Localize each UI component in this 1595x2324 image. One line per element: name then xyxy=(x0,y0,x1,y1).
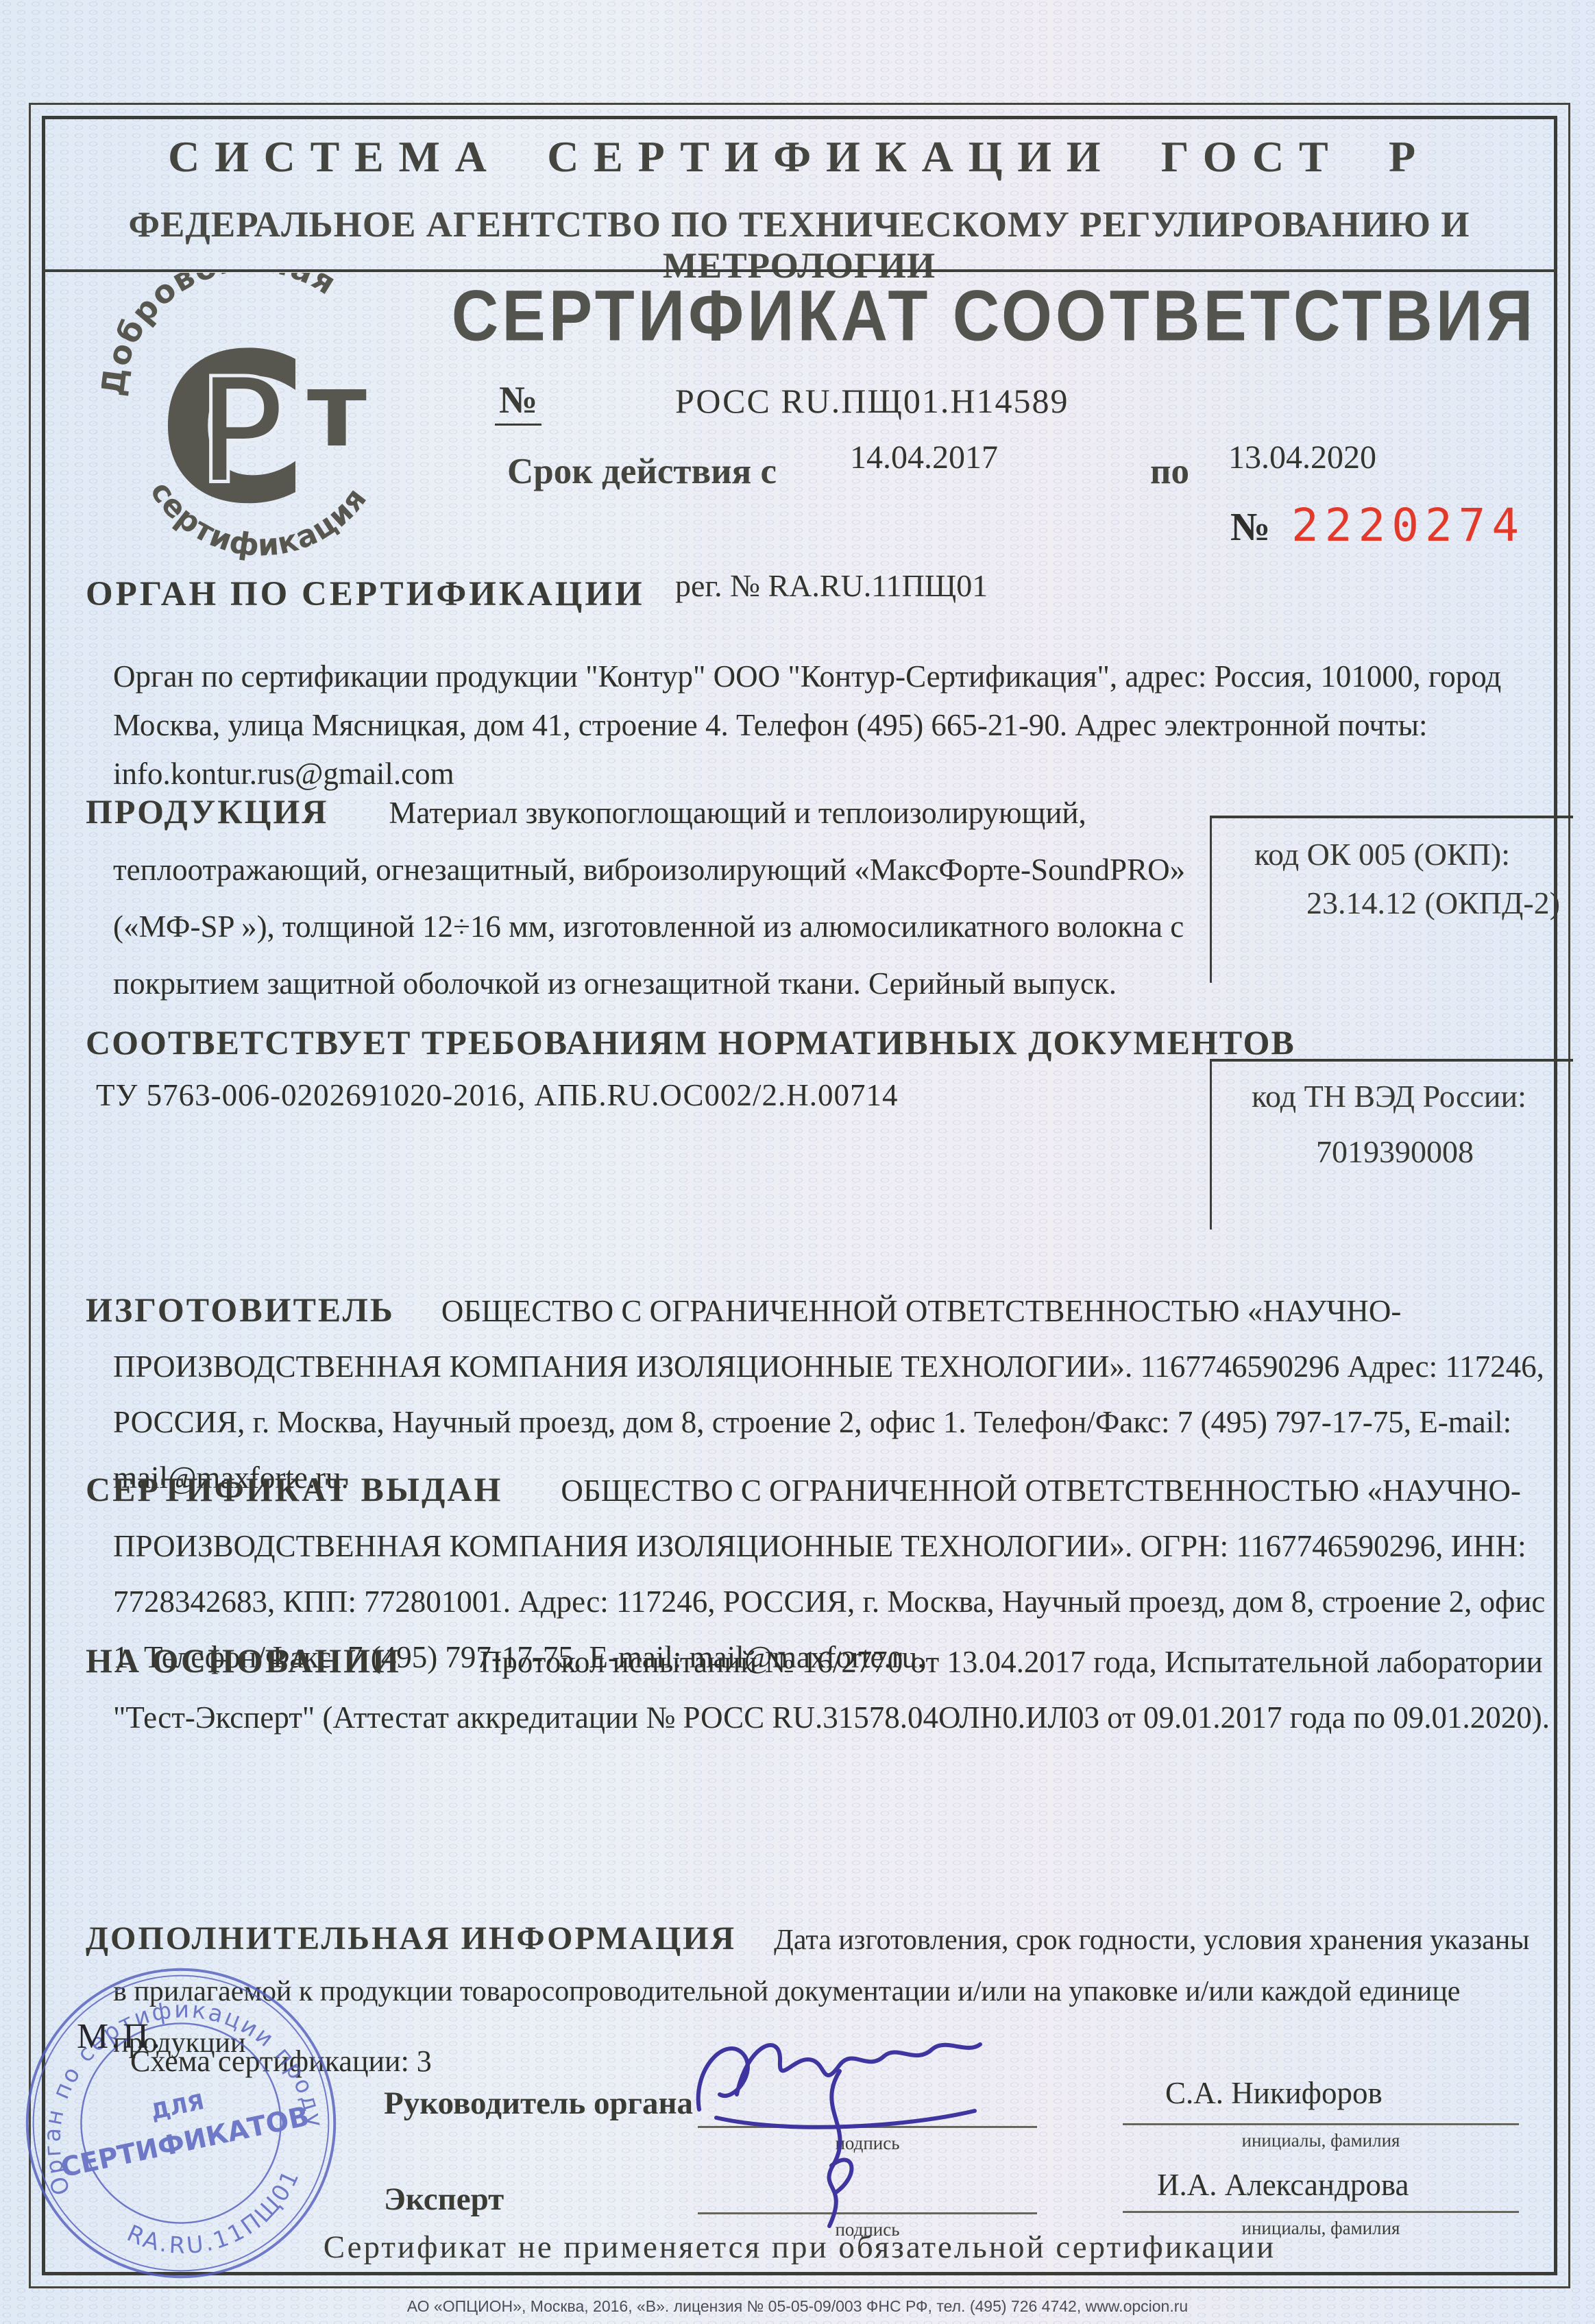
rst-logo-icon: Добровольная сертификация С Р т xyxy=(101,273,411,567)
compliance-label: СООТВЕТСТВУЕТ ТРЕБОВАНИЯМ НОРМАТИВНЫХ ДО… xyxy=(86,1023,1295,1062)
validity-to-date: 13.04.2020 xyxy=(1228,439,1376,476)
expert-name: И.А. Александрова xyxy=(1157,2167,1409,2203)
basis-section: НА ОСНОВАНИИПротокол испытаний № 16/2770… xyxy=(86,1637,1554,1749)
additional-info-label: ДОПОЛНИТЕЛЬНАЯ ИНФОРМАЦИЯ xyxy=(86,1920,774,1957)
head-name-caption: инициалы, фамилия xyxy=(1123,2130,1519,2151)
validity-from-date: 14.04.2017 xyxy=(850,439,998,476)
head-name-line xyxy=(1123,2123,1519,2125)
issued-to-label: СЕРТИФИКАТ ВЫДАН xyxy=(86,1470,561,1508)
tnved-code-box: код ТН ВЭД России: 7019390008 xyxy=(1210,1059,1573,1230)
logo-letter-t: т xyxy=(307,351,367,470)
certification-body-label: ОРГАН ПО СЕРТИФИКАЦИИ xyxy=(86,574,645,614)
product-section: ПРОДУКЦИЯМатериал звукопоглощающий и теп… xyxy=(86,787,1203,1016)
manufacturer-label: ИЗГОТОВИТЕЛЬ xyxy=(86,1291,441,1329)
tnved-code-value: 7019390008 xyxy=(1316,1134,1573,1170)
logo-letter-r: Р xyxy=(199,350,284,513)
head-name: С.А. Никифоров xyxy=(1165,2075,1383,2111)
okp-code-caption: код ОК 005 (ОКП): xyxy=(1254,836,1573,872)
expert-role-label: Эксперт xyxy=(384,2181,504,2218)
round-stamp: Орган по сертификации продукции "Контур"… xyxy=(0,1931,373,2315)
basis-label: НА ОСНОВАНИИ xyxy=(86,1641,480,1680)
system-header: СИСТЕМА СЕРТИФИКАЦИИ ГОСТ Р xyxy=(41,132,1557,182)
header-divider xyxy=(42,269,1557,272)
certificate-title: СЕРТИФИКАТ СООТВЕТСТВИЯ xyxy=(411,276,1576,358)
stamp-place-mark: М.П. xyxy=(77,2016,163,2057)
blank-number-value: 2220274 xyxy=(1291,499,1525,552)
tnved-code-caption: код ТН ВЭД России: xyxy=(1252,1078,1573,1114)
cert-number-value: РОСС RU.ПЩ01.Н14589 xyxy=(675,381,1069,421)
certification-body-reg-number: рег. № RA.RU.11ПЩ01 xyxy=(675,567,988,604)
okp-code-value: 23.14.12 (ОКПД-2) xyxy=(1306,885,1573,921)
okp-code-box: код ОК 005 (ОКП): 23.14.12 (ОКПД-2) xyxy=(1210,816,1573,983)
compliance-text: ТУ 5763-006-0202691020-2016, АПБ.RU.ОС00… xyxy=(96,1077,898,1113)
head-role-label: Руководитель органа xyxy=(384,2085,693,2122)
product-label: ПРОДУКЦИЯ xyxy=(86,792,389,831)
stamp-center-line1: ДЛЯ xyxy=(149,2090,206,2125)
validity-to-label: по xyxy=(1150,451,1189,492)
blank-number-sign: № xyxy=(1230,504,1270,550)
certification-body-text: Орган по сертификации продукции "Контур"… xyxy=(113,652,1526,798)
printing-house-info: АО «ОПЦИОН», Москва, 2016, «В». лицензия… xyxy=(0,2297,1595,2316)
expert-name-line xyxy=(1123,2211,1519,2213)
cert-number-label: № xyxy=(495,378,541,426)
expert-signature-icon xyxy=(781,2063,884,2231)
certificate-page: СИСТЕМА СЕРТИФИКАЦИИ ГОСТ Р ФЕДЕРАЛЬНОЕ … xyxy=(0,0,1595,2324)
validity-label: Срок действия с xyxy=(507,451,777,492)
